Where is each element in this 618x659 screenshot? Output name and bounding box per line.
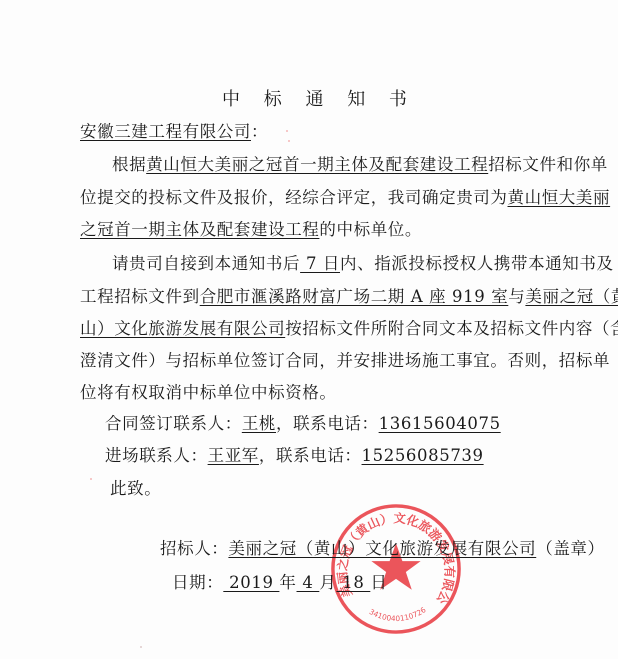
company-seal-icon: 美丽之冠（黄山）文化旅游发展有限公司 3410040110726: [327, 500, 465, 638]
text: 根据: [112, 155, 146, 174]
date-label: 日期：: [172, 573, 223, 592]
addressee-colon: ：: [251, 122, 268, 141]
project-name: 黄山恒大美丽之冠首一期主体及配套建设工程: [146, 155, 488, 174]
seal-code: 3410040110726: [368, 605, 428, 623]
para1-line1: 根据黄山恒大美丽之冠首一期主体及配套建设工程招标文件和你单: [112, 154, 608, 176]
text: 的中标单位。: [319, 220, 422, 239]
addressee: 安徽三建工程有限公司: [80, 122, 251, 141]
document-title: 中 标 通 知 书: [0, 85, 618, 111]
tenderer-name: 美丽之冠（黄山）文化旅游发展有限公司: [228, 539, 536, 558]
phone-label: ，联系电话：: [259, 446, 362, 465]
tenderer-company: 山）文化旅游发展有限公司: [80, 319, 285, 338]
date-year: 2019: [223, 573, 279, 592]
address: 合肥市滙溪路财富广场二期 A 座 919 室: [200, 287, 509, 306]
text: 年: [279, 573, 296, 592]
phone-label: ，联系电话：: [276, 414, 379, 433]
text: 招标文件和你单: [488, 155, 608, 174]
deadline-days: 7 日: [300, 254, 340, 273]
contact-label: 合同签订联系人：: [105, 414, 242, 433]
project-name: 之冠首一期主体及配套建设工程: [80, 220, 319, 239]
scan-speck: [286, 130, 288, 132]
seal-note: （盖章）: [536, 539, 604, 558]
addressee-line: 安徽三建工程有限公司：: [80, 121, 268, 143]
project-name: 黄山恒大美丽: [508, 188, 611, 207]
text: 月: [319, 573, 336, 592]
tenderer-company: 美丽之冠（黄: [525, 287, 618, 306]
para2-line2: 工程招标文件到合肥市滙溪路财富广场二期 A 座 919 室与美丽之冠（黄: [80, 286, 618, 308]
para2-line4: 澄清文件）与招标单位签订合同，并安排进场施工事宜。否则，招标单: [80, 350, 610, 372]
text: 工程招标文件到: [80, 287, 200, 306]
text: 按招标文件所附合同文本及招标文件内容（含: [285, 319, 618, 338]
text: 与: [508, 287, 525, 306]
contract-contact: 合同签订联系人：王桃，联系电话：13615604075: [105, 413, 501, 435]
contact-phone: 15256085739: [362, 446, 484, 465]
para1-line3: 之冠首一期主体及配套建设工程的中标单位。: [80, 219, 422, 241]
contact-phone: 13615604075: [379, 414, 501, 433]
para1-line2: 位提交的投标文件及报价，经综合评定，我司确定贵司为黄山恒大美丽: [80, 187, 610, 209]
contact-name: 王亚军: [208, 446, 259, 465]
text: 内、指派投标授权人携带本通知书及: [340, 254, 614, 273]
para2-line5: 位将有权取消中标单位中标资格。: [80, 382, 337, 404]
text: 日: [370, 573, 387, 592]
contact-label: 进场联系人：: [105, 446, 208, 465]
signature-line: 招标人：美丽之冠（黄山）文化旅游发展有限公司（盖章）: [160, 538, 605, 560]
para2-line1: 请贵司自接到本通知书后 7 日内、指派投标授权人携带本通知书及: [112, 253, 614, 275]
para2-line3: 山）文化旅游发展有限公司按招标文件所附合同文本及招标文件内容（含: [80, 318, 618, 340]
date-line: 日期： 2019 年 4 月 18 日: [172, 572, 387, 594]
scan-speck: [288, 140, 290, 142]
text: 位提交的投标文件及报价，经综合评定，我司确定贵司为: [80, 188, 508, 207]
date-day: 18: [336, 573, 370, 592]
contact-name: 王桃: [242, 414, 276, 433]
svg-text:3410040110726: 3410040110726: [368, 605, 428, 623]
site-contact: 进场联系人：王亚军，联系电话：15256085739: [105, 445, 484, 467]
scan-speck: [90, 478, 92, 480]
closing: 此致。: [110, 478, 161, 500]
date-month: 4: [297, 573, 320, 592]
scan-speck: [140, 646, 142, 648]
signature-label: 招标人：: [160, 539, 228, 558]
text: 请贵司自接到本通知书后: [112, 254, 300, 273]
